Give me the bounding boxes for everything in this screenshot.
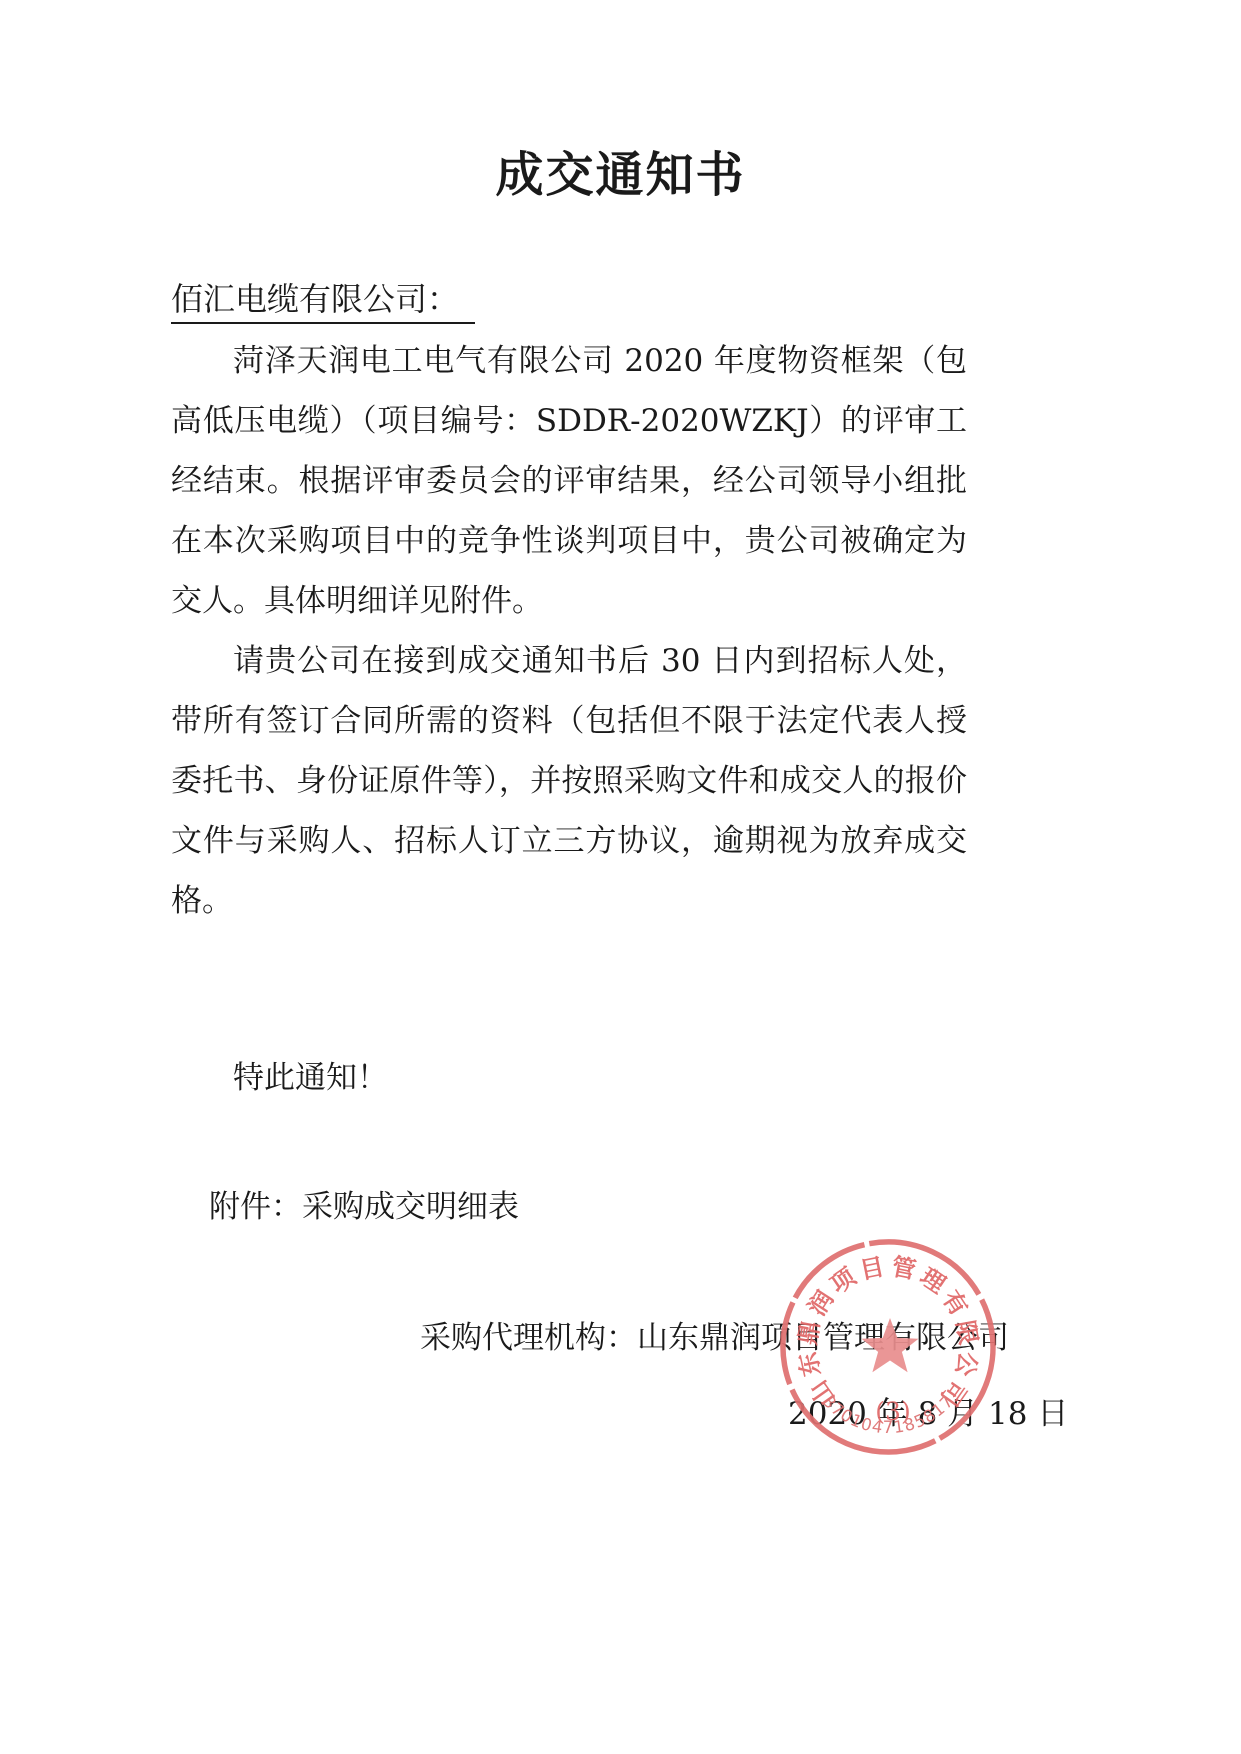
- body-line: 高低压电缆）（项目编号：SDDR-2020WZKJ）的评审工作已: [171, 391, 967, 451]
- attachment-line: 附件：采购成交明细表: [171, 1177, 519, 1237]
- body-line: 经结束。根据评审委员会的评审结果，经公司领导小组批准，: [171, 451, 967, 511]
- closing-line: 特此通知！: [171, 1048, 388, 1108]
- body-line: 在本次采购项目中的竞争性谈判项目中，贵公司被确定为成: [171, 511, 967, 571]
- addressee-line: 佰汇电缆有限公司：: [171, 279, 475, 324]
- addressee-company-name: 佰汇电缆有限公司：: [171, 279, 475, 324]
- body-line: 交人。具体明细详见附件。: [171, 571, 967, 631]
- body-line: 带所有签订合同所需的资料（包括但不限于法定代表人授权: [171, 691, 967, 751]
- body-line: 请贵公司在接到成交通知书后 30 日内到招标人处，携: [171, 631, 967, 691]
- body-paragraphs: 菏泽天润电工电气有限公司 2020 年度物资框架（包 5：高低压电缆）（项目编号…: [171, 331, 967, 931]
- notice-document-page: 成交通知书 佰汇电缆有限公司： 菏泽天润电工电气有限公司 2020 年度物资框架…: [0, 0, 1241, 1754]
- document-title: 成交通知书: [0, 136, 1241, 205]
- date-line: 2020 年 8 月 18 日: [788, 1384, 1068, 1444]
- body-line: 菏泽天润电工电气有限公司 2020 年度物资框架（包 5：: [171, 331, 967, 391]
- body-line: 委托书、身份证原件等），并按照采购文件和成交人的报价: [171, 751, 967, 811]
- body-line: 格。: [171, 871, 967, 931]
- agency-signature-line: 采购代理机构：山东鼎润项目管理有限公司: [420, 1308, 1009, 1368]
- body-line: 文件与采购人、招标人订立三方协议，逾期视为放弃成交资: [171, 811, 967, 871]
